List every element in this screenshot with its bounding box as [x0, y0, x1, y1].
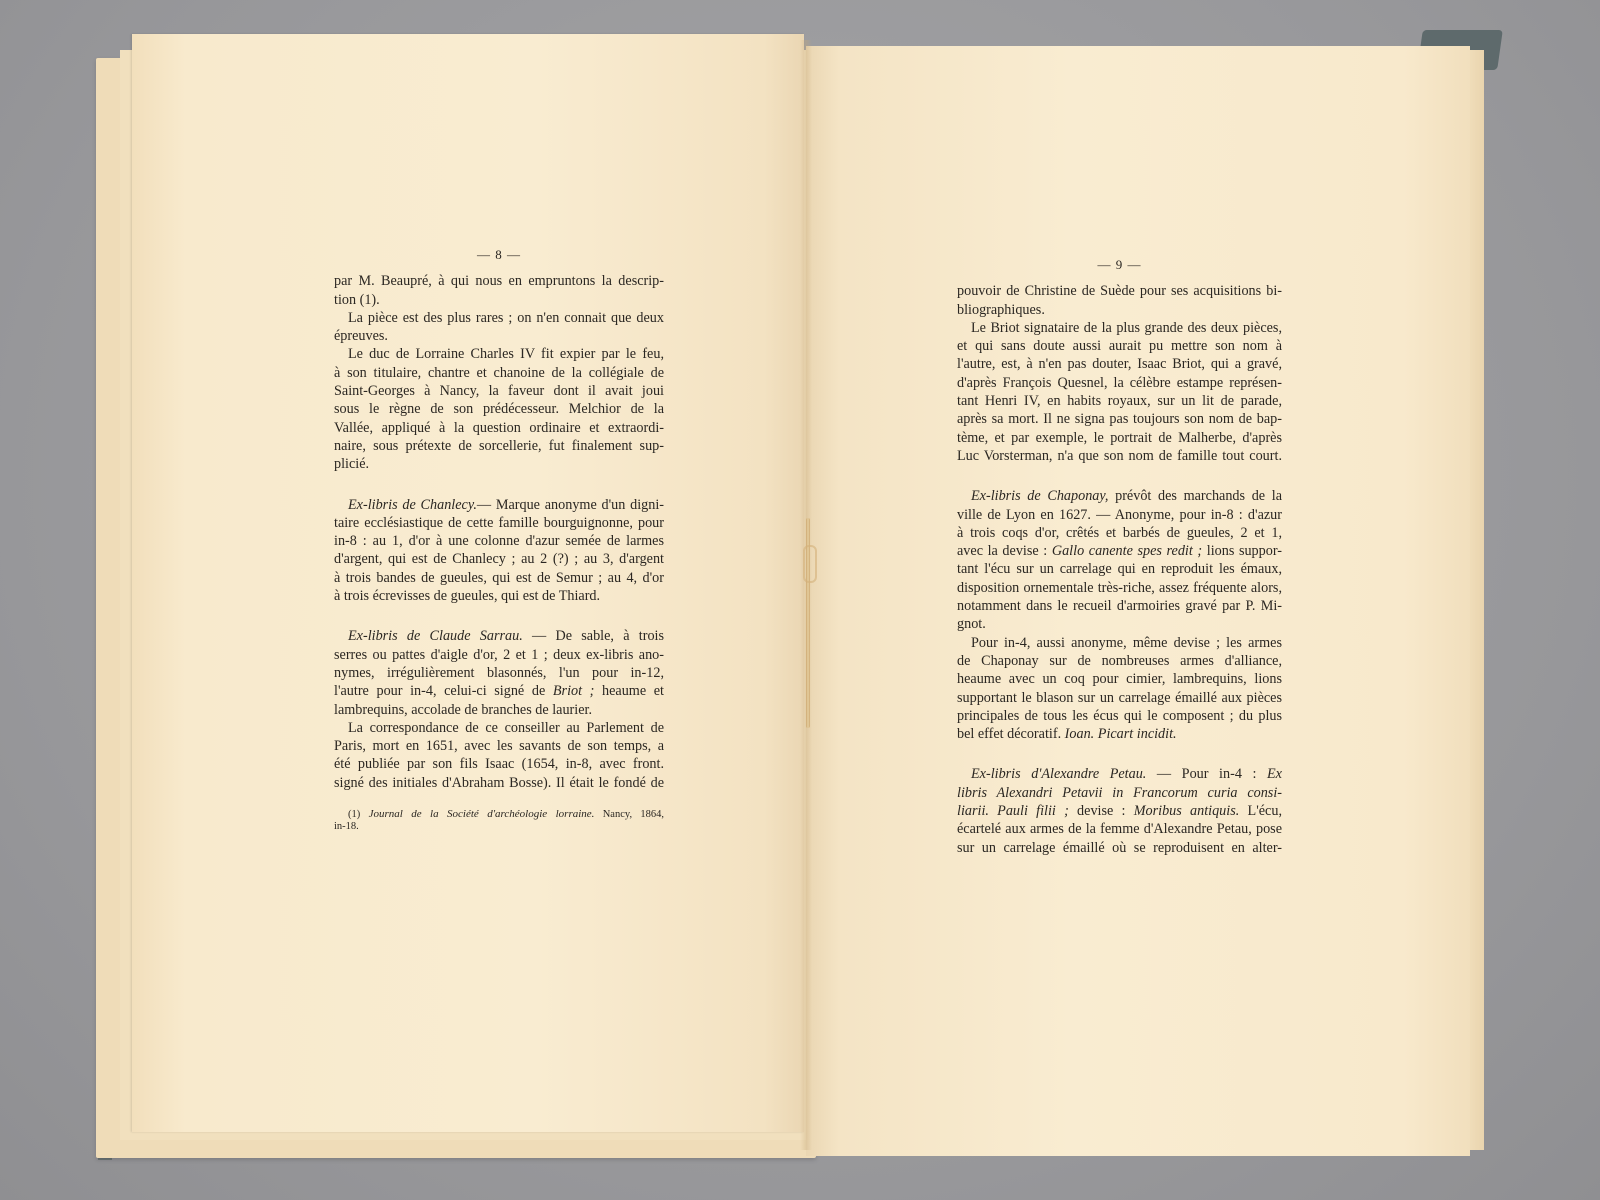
- text-line: nymes, irrégulièrement blasonnés, l'un p…: [334, 664, 664, 682]
- text-line: Pour in-4, aussi anonyme, même devise ; …: [957, 634, 1282, 652]
- text-line: à son titulaire, chantre et chanoine de …: [334, 364, 664, 382]
- text-line: à trois bandes de gueules, qui est de Se…: [334, 569, 664, 587]
- text-line: de Chaponay sur de nombreuses armes d'al…: [957, 652, 1282, 670]
- text-line: disposition ornementale très-riche, asse…: [957, 579, 1282, 597]
- footnote-line: in-18.: [334, 821, 664, 833]
- text-line: Luc Vorsterman, n'a que son nom de famil…: [957, 447, 1282, 465]
- text-line: serres ou pattes d'aigle d'or, 2 et 1 ; …: [334, 646, 664, 664]
- section-gap: [957, 743, 1282, 765]
- text-line: avec la devise : Gallo canente spes redi…: [957, 542, 1282, 560]
- section-gap: [334, 474, 664, 496]
- text-line: écartelé aux armes de la femme d'Alexand…: [957, 820, 1282, 838]
- entry-chaponay-heading-line: Ex-libris de Chaponay, prévôt des marcha…: [957, 487, 1282, 505]
- entry-title: Ex-libris de Chanlecy.: [348, 497, 477, 513]
- page-number: — 8 —: [334, 246, 664, 264]
- text-line: à trois écrevisses de gueules, qui est d…: [334, 587, 664, 605]
- text-line: d'argent, qui est de Chanlecy ; au 2 (?)…: [334, 550, 664, 568]
- text-line: tion (1).: [334, 291, 664, 309]
- text-line: sous le règne de son prédécesseur. Melch…: [334, 400, 664, 418]
- text-line: heaume avec un coq pour cimier, lambrequ…: [957, 670, 1282, 688]
- text-line: taire ecclésiastique de cette famille bo…: [334, 514, 664, 532]
- entry-title: Ex-libris de Claude Sarrau.: [348, 628, 523, 644]
- text-line: après sa mort. Il ne signa pas toujours …: [957, 410, 1282, 428]
- text-line: l'autre, est, à n'en pas douter, Isaac B…: [957, 355, 1282, 373]
- text-line: par M. Beaupré, à qui nous en empruntons…: [334, 272, 664, 290]
- text-line: épreuves.: [334, 327, 664, 345]
- text-line: bliographiques.: [957, 301, 1282, 319]
- text-line: gnot.: [957, 615, 1282, 633]
- text-line: tant Henri IV, en habits royaux, sur un …: [957, 392, 1282, 410]
- entry-title: Ex-libris de Chaponay,: [971, 488, 1108, 504]
- text-line: à trois coqs d'or, crêtés et barbés de g…: [957, 524, 1282, 542]
- text-line: tème, et par exemple, le portrait de Mal…: [957, 429, 1282, 447]
- text-line: sur un carrelage émaillé où se reproduis…: [957, 839, 1282, 857]
- text-line: La correspondance de ce conseiller au Pa…: [334, 719, 664, 737]
- right-page-text: — 9 — pouvoir de Christine de Suède pour…: [957, 256, 1282, 857]
- text-line: et qui sans doute aussi aurait pu mettre…: [957, 337, 1282, 355]
- text-line: été publiée par son fils Isaac (1654, in…: [334, 755, 664, 773]
- text-line: supportant le blason sur un carrelage ém…: [957, 689, 1282, 707]
- section-gap: [957, 465, 1282, 487]
- binding-thread-loop: [803, 545, 817, 583]
- text-line: bel effet décoratif. Ioan. Picart incidi…: [957, 725, 1282, 743]
- text-line: Saint-Georges à Nancy, la faveur dont il…: [334, 382, 664, 400]
- text-line: notamment dans le recueil d'armoiries gr…: [957, 597, 1282, 615]
- text-line: plicié.: [334, 455, 664, 473]
- footnote: (1) Journal de la Société d'archéologie …: [334, 808, 664, 833]
- entry-sarrau-heading-line: Ex-libris de Claude Sarrau. — De sable, …: [334, 627, 664, 645]
- entry-title: Ex-libris d'Alexandre Petau.: [971, 766, 1146, 782]
- text-line: l'autre pour in-4, celui-ci signé de Bri…: [334, 682, 664, 700]
- text-line: libris Alexandri Petavii in Francorum cu…: [957, 784, 1282, 802]
- text-line: lambrequins, accolade de branches de lau…: [334, 701, 664, 719]
- entry-chanlecy-heading-line: Ex-libris de Chanlecy.— Marque anonyme d…: [334, 496, 664, 514]
- text-line: Paris, mort en 1651, avec les savants de…: [334, 737, 664, 755]
- text-line: Le Briot signataire de la plus grande de…: [957, 319, 1282, 337]
- left-page-text: — 8 — par M. Beaupré, à qui nous en empr…: [334, 246, 664, 833]
- text-line: naire, sous prétexte de sorcellerie, fut…: [334, 437, 664, 455]
- text-line: in-8 : au 1, d'or à une colonne d'azur s…: [334, 532, 664, 550]
- text-line: liarii. Pauli filii ; devise : Moribus a…: [957, 802, 1282, 820]
- section-gap: [334, 605, 664, 627]
- text-line: La pièce est des plus rares ; on n'en co…: [334, 309, 664, 327]
- text-line: tant l'écu sur un carrelage qui en repro…: [957, 560, 1282, 578]
- text-line: signé des initiales d'Abraham Bosse). Il…: [334, 774, 664, 792]
- text-line: d'après François Quesnel, la célèbre est…: [957, 374, 1282, 392]
- entry-petau-heading-line: Ex-libris d'Alexandre Petau. — Pour in-4…: [957, 765, 1282, 783]
- text-line: Vallée, appliqué à la question ordinaire…: [334, 419, 664, 437]
- text-line: Le duc de Lorraine Charles IV fit expier…: [334, 345, 664, 363]
- page-number: — 9 —: [957, 256, 1282, 274]
- footnote-line: (1) Journal de la Société d'archéologie …: [334, 808, 664, 821]
- text-line: pouvoir de Christine de Suède pour ses a…: [957, 282, 1282, 300]
- text-line: principales de tous les écus qui le comp…: [957, 707, 1282, 725]
- text-line: ville de Lyon en 1627. — Anonyme, pour i…: [957, 506, 1282, 524]
